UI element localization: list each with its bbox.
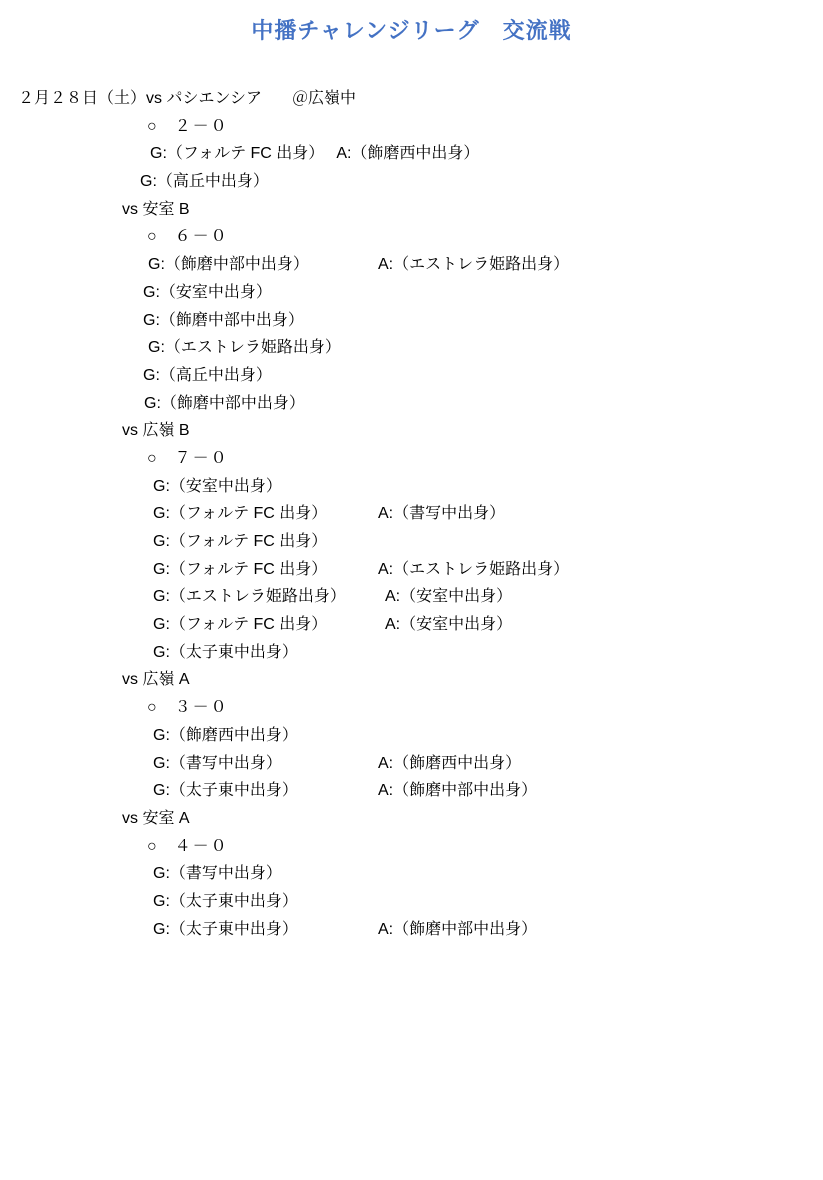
- goal-line: G:（フォルテ FC 出身）A:（安室中出身）: [0, 611, 823, 639]
- assist-entry: A:（エストレラ姫路出身）: [378, 556, 569, 584]
- goal-line: G:（エストレラ姫路出身）: [0, 334, 823, 362]
- date-line: ２月２８日（土）vs パシエンシア ＠広嶺中: [0, 85, 823, 113]
- page-title: 中播チャレンジリーグ 交流戦: [0, 14, 823, 45]
- assist-entry: A:（書写中出身）: [378, 500, 505, 528]
- opponent-line: vs 広嶺 B: [0, 417, 823, 445]
- goal-entry: G:（高丘中出身）: [143, 367, 272, 384]
- assist-entry: A:（飾磨中部中出身）: [378, 916, 537, 944]
- goal-line: G:（安室中出身）: [0, 279, 823, 307]
- score-value: ４－０: [175, 838, 229, 855]
- result-mark: ○: [147, 450, 157, 467]
- assist-entry: A:（安室中出身）: [385, 583, 512, 611]
- goal-entry: G:（書写中出身）: [153, 865, 282, 882]
- goal-entry: G:（安室中出身）: [143, 284, 272, 301]
- goal-line: G:（飾磨西中出身）: [0, 722, 823, 750]
- goal-line: G:（高丘中出身）: [0, 168, 823, 196]
- goal-entry: G:（エストレラ姫路出身）: [153, 588, 346, 605]
- goal-line: G:（飾磨中部中出身）: [0, 390, 823, 418]
- assist-entry: A:（飾磨西中出身）: [336, 145, 479, 162]
- opponent-label: vs 安室 A: [122, 810, 190, 827]
- goal-entry: G:（飾磨中部中出身）: [144, 395, 305, 412]
- opponent-label: vs 広嶺 A: [122, 671, 190, 688]
- goal-entry: G:（書写中出身）: [153, 755, 282, 772]
- goal-line: G:（太子東中出身）: [0, 639, 823, 667]
- match-report: ２月２８日（土）vs パシエンシア ＠広嶺中 ○２－０ G:（フォルテ FC 出…: [0, 85, 823, 943]
- goal-entry: G:（フォルテ FC 出身）: [153, 533, 327, 550]
- goal-line: G:（太子東中出身）A:（飾磨中部中出身）: [0, 916, 823, 944]
- goal-line: G:（飾磨中部中出身）: [0, 307, 823, 335]
- goal-line: G:（フォルテ FC 出身）A:（飾磨西中出身）: [0, 140, 823, 168]
- assist-entry: A:（飾磨西中出身）: [378, 750, 521, 778]
- goal-entry: G:（太子東中出身）: [153, 921, 298, 938]
- opponent-line: vs 安室 A: [0, 805, 823, 833]
- score-line: ○４－０: [0, 833, 823, 861]
- score-line: ○２－０: [0, 113, 823, 141]
- assist-entry: A:（安室中出身）: [385, 611, 512, 639]
- assist-entry: A:（飾磨中部中出身）: [378, 777, 537, 805]
- goal-entry: G:（太子東中出身）: [153, 893, 298, 910]
- goal-entry: G:（飾磨中部中出身）: [143, 312, 304, 329]
- goal-entry: G:（エストレラ姫路出身）: [148, 339, 341, 356]
- opponent-line: vs 安室 B: [0, 196, 823, 224]
- goal-entry: G:（フォルテ FC 出身）: [153, 616, 327, 633]
- goal-line: G:（安室中出身）: [0, 473, 823, 501]
- venue-label: ＠広嶺中: [292, 85, 356, 113]
- goal-entry: G:（フォルテ FC 出身）: [150, 145, 324, 162]
- opponent-label: vs パシエンシア: [146, 90, 262, 107]
- score-value: ６－０: [175, 228, 229, 245]
- result-mark: ○: [147, 118, 157, 135]
- assist-entry: A:（エストレラ姫路出身）: [378, 251, 569, 279]
- goal-line: G:（高丘中出身）: [0, 362, 823, 390]
- goal-line: G:（書写中出身）A:（飾磨西中出身）: [0, 750, 823, 778]
- goal-entry: G:（安室中出身）: [153, 478, 282, 495]
- score-line: ○６－０: [0, 223, 823, 251]
- opponent-line: vs 広嶺 A: [0, 666, 823, 694]
- score-line: ○７－０: [0, 445, 823, 473]
- goal-entry: G:（太子東中出身）: [153, 644, 298, 661]
- goal-entry: G:（太子東中出身）: [153, 782, 298, 799]
- goal-entry: G:（フォルテ FC 出身）: [153, 505, 327, 522]
- match-date: ２月２８日（土）: [18, 90, 146, 107]
- result-mark: ○: [147, 699, 157, 716]
- score-value: ３－０: [175, 699, 229, 716]
- goal-entry: G:（高丘中出身）: [140, 173, 269, 190]
- goal-entry: G:（飾磨西中出身）: [153, 727, 298, 744]
- goal-entry: G:（飾磨中部中出身）: [148, 256, 309, 273]
- goal-line: G:（フォルテ FC 出身）A:（エストレラ姫路出身）: [0, 556, 823, 584]
- goal-line: G:（太子東中出身）: [0, 888, 823, 916]
- goal-line: G:（フォルテ FC 出身）: [0, 528, 823, 556]
- opponent-label: vs 広嶺 B: [122, 422, 190, 439]
- score-value: ７－０: [175, 450, 229, 467]
- goal-line: G:（飾磨中部中出身）A:（エストレラ姫路出身）: [0, 251, 823, 279]
- score-line: ○３－０: [0, 694, 823, 722]
- result-mark: ○: [147, 838, 157, 855]
- result-mark: ○: [147, 228, 157, 245]
- goal-entry: G:（フォルテ FC 出身）: [153, 561, 327, 578]
- goal-line: G:（太子東中出身）A:（飾磨中部中出身）: [0, 777, 823, 805]
- opponent-label: vs 安室 B: [122, 201, 190, 218]
- goal-line: G:（フォルテ FC 出身）A:（書写中出身）: [0, 500, 823, 528]
- goal-line: G:（書写中出身）: [0, 860, 823, 888]
- goal-line: G:（エストレラ姫路出身）A:（安室中出身）: [0, 583, 823, 611]
- score-value: ２－０: [175, 118, 229, 135]
